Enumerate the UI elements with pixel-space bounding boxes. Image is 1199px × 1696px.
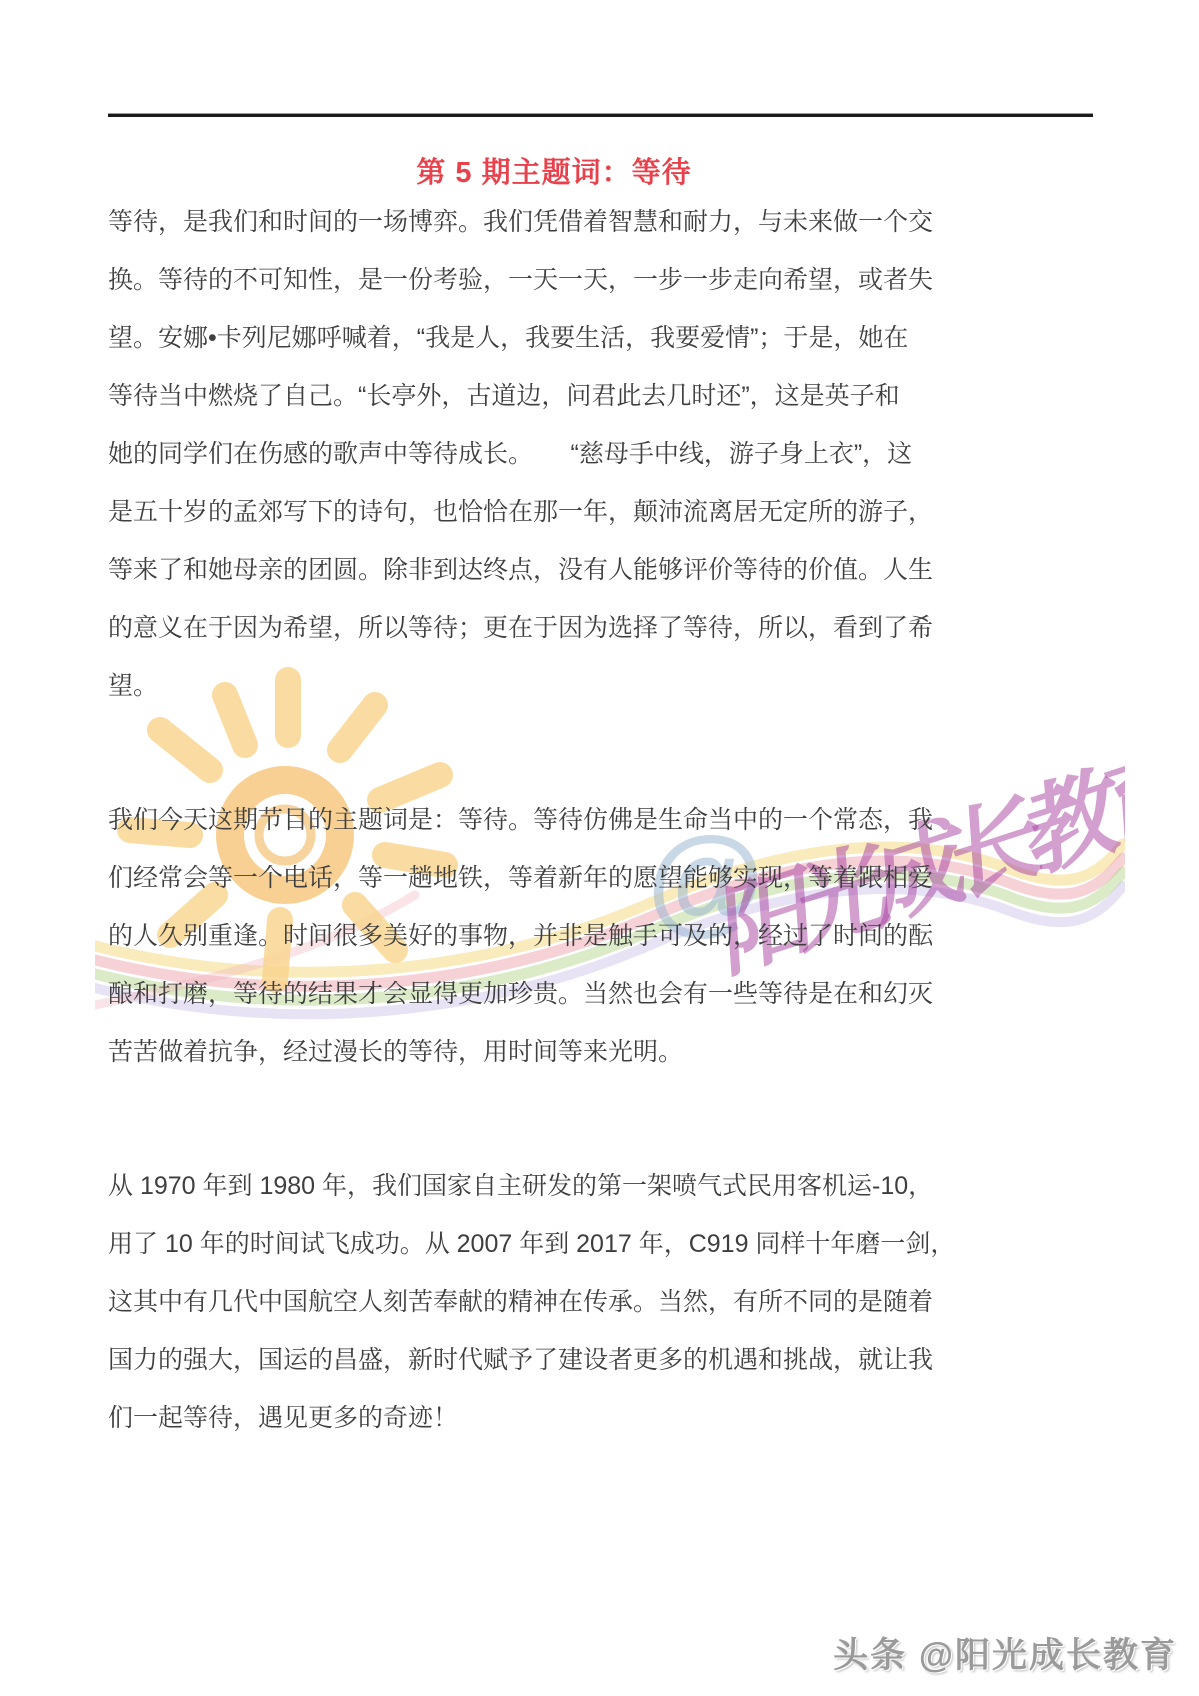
text-line: 从 1970 年到 1980 年，我们国家自主研发的第一架喷气式民用客机运-10… [108, 1157, 1048, 1215]
text-line: 换。等待的不可知性，是一份考验，一天一天，一步一步走向希望，或者失 [108, 251, 1048, 309]
text-line: 的意义在于因为希望，所以等待；更在于因为选择了等待，所以，看到了希 [108, 599, 1048, 657]
document-page: @ 阳光成长教育 第 5 期主题词：等待 等待，是我们和时间的一场博弈。我们凭借… [0, 0, 1199, 1696]
text-line: 等来了和她母亲的团圆。除非到达终点，没有人能够评价等待的价值。人生 [108, 541, 1048, 599]
text-line: 这其中有几代中国航空人刻苦奉献的精神在传承。当然，有所不同的是随着 [108, 1273, 1048, 1331]
footer-watermark: 头条 @阳光成长教育 [833, 1628, 1177, 1678]
text-line: 望。 [108, 657, 1048, 715]
text-line: 她的同学们在伤感的歌声中等待成长。 “慈母手中线，游子身上衣”，这 [108, 425, 1048, 483]
text-line: 的人久别重逢。时间很多美好的事物，并非是触手可及的，经过了时间的酝 [108, 907, 1048, 965]
text-line: 等待，是我们和时间的一场博弈。我们凭借着智慧和耐力，与未来做一个交 [108, 193, 1048, 251]
paragraph-1: 等待，是我们和时间的一场博弈。我们凭借着智慧和耐力，与未来做一个交换。等待的不可… [108, 193, 1048, 715]
text-line: 苦苦做着抗争，经过漫长的等待，用时间等来光明。 [108, 1023, 1048, 1081]
text-line: 我们今天这期节目的主题词是：等待。等待仿佛是生命当中的一个常态，我 [108, 791, 1048, 849]
text-line: 是五十岁的孟郊写下的诗句，也恰恰在那一年，颠沛流离居无定所的游子， [108, 483, 1048, 541]
document-body: 等待，是我们和时间的一场博弈。我们凭借着智慧和耐力，与未来做一个交换。等待的不可… [108, 193, 1048, 1447]
text-line: 用了 10 年的时间试飞成功。从 2007 年到 2017 年，C919 同样十… [108, 1215, 1048, 1273]
paragraph-3: 从 1970 年到 1980 年，我们国家自主研发的第一架喷气式民用客机运-10… [108, 1157, 1048, 1447]
header-rule-line [108, 113, 1093, 117]
text-line: 等待当中燃烧了自己。“长亭外，古道边，问君此去几时还”，这是英子和 [108, 367, 1048, 425]
page-title: 第 5 期主题词：等待 [108, 150, 1000, 191]
text-line: 酿和打磨，等待的结果才会显得更加珍贵。当然也会有一些等待是在和幻灭 [108, 965, 1048, 1023]
header-rule [108, 113, 1093, 118]
text-line: 们经常会等一个电话，等一趟地铁，等着新年的愿望能够实现，等着跟相爱 [108, 849, 1048, 907]
text-line: 们一起等待，遇见更多的奇迹！ [108, 1389, 1048, 1447]
paragraph-2: 我们今天这期节目的主题词是：等待。等待仿佛是生命当中的一个常态，我们经常会等一个… [108, 791, 1048, 1081]
text-line: 望。安娜•卡列尼娜呼喊着，“我是人，我要生活，我要爱情”；于是，她在 [108, 309, 1048, 367]
text-line: 国力的强大，国运的昌盛，新时代赋予了建设者更多的机遇和挑战，就让我 [108, 1331, 1048, 1389]
